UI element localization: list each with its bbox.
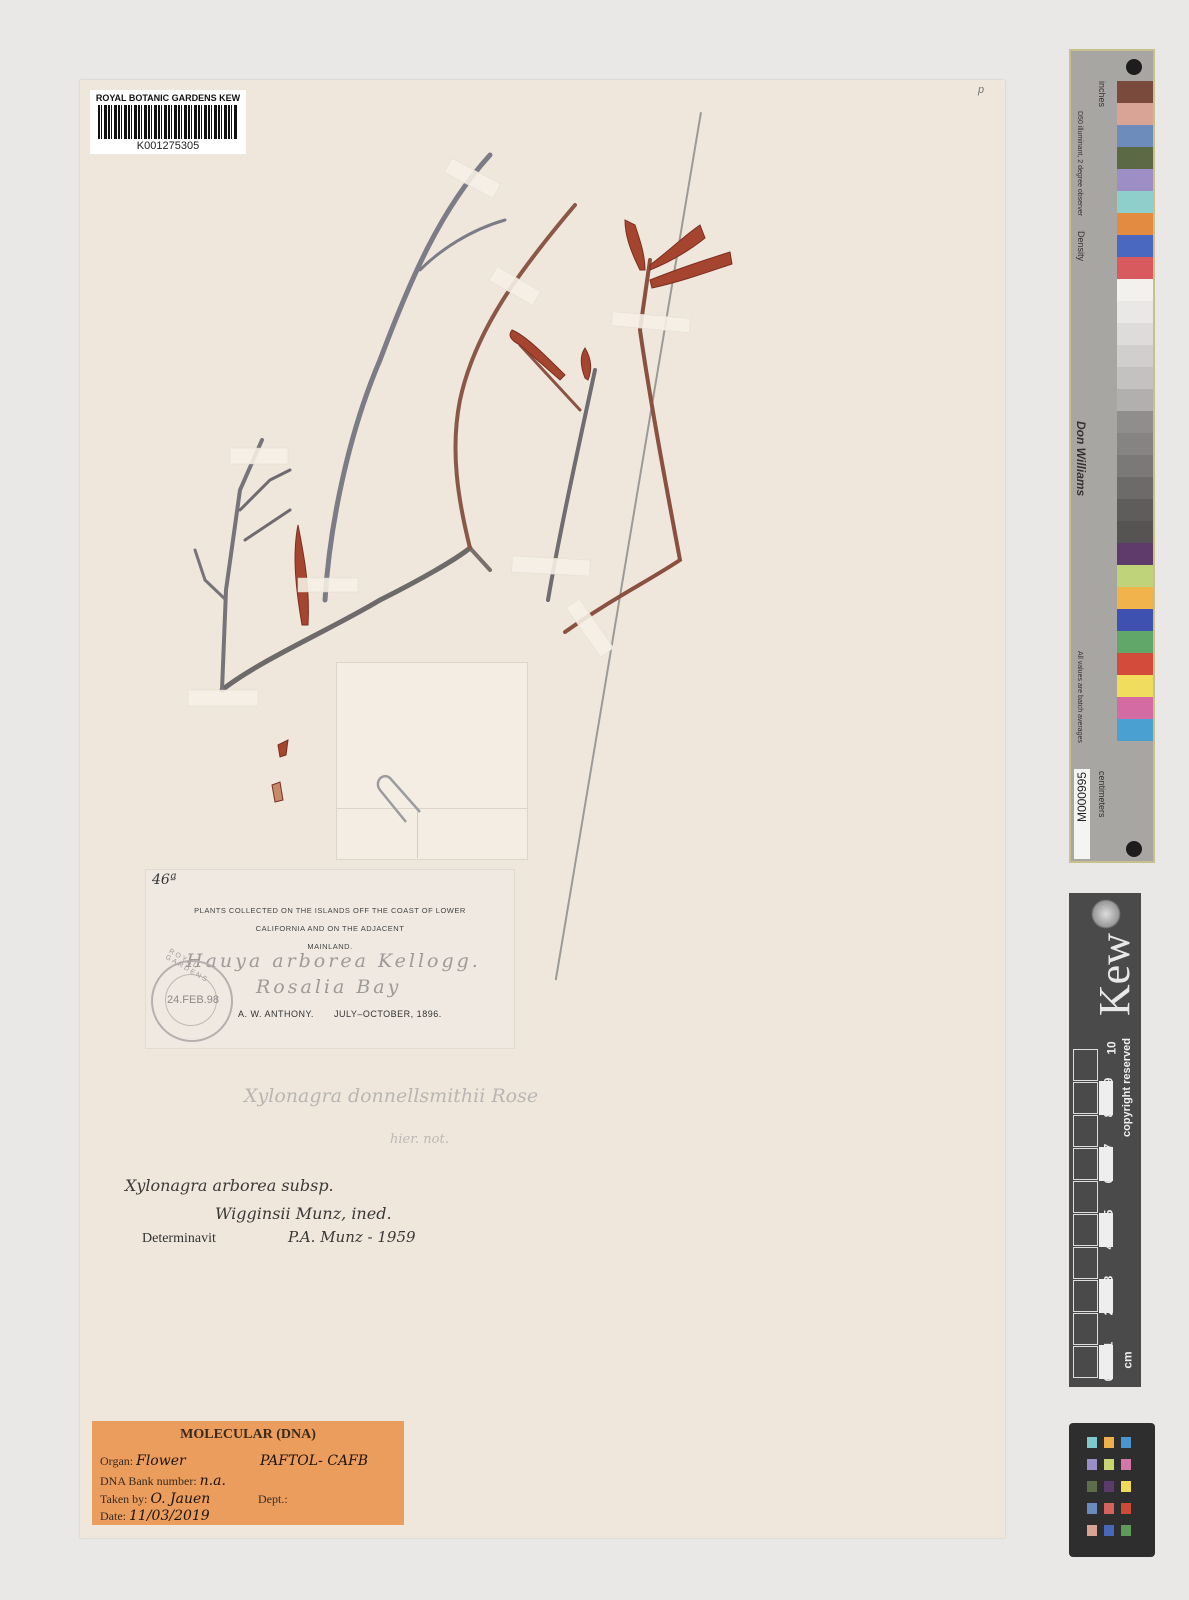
color-swatch [1117,169,1153,191]
hole-icon [1126,841,1142,857]
packet-flap-line [337,808,527,809]
checker-patch [1087,1525,1097,1536]
date-row: Date:11/03/2019 [100,1508,210,1524]
ruler-tick-label: 8 [1101,1111,1115,1118]
ruler-segment [1073,1280,1098,1312]
color-swatch [1117,631,1153,653]
checker-patch [1087,1481,1097,1492]
color-swatch [1117,81,1153,103]
checker-patch [1104,1525,1114,1536]
dna-label-title: MOLECULAR (DNA) [92,1427,404,1443]
color-swatch [1117,433,1153,455]
illuminant-note: D50 illuminant, 2 degree observer [1076,111,1083,216]
footnote: All values are batch averages [1076,651,1083,743]
ruler-tick-label: 6 [1101,1177,1115,1184]
color-swatch [1117,191,1153,213]
royal-crest-icon [1091,899,1121,929]
color-swatch [1117,697,1153,719]
ruler-tick-label: 5 [1101,1210,1115,1217]
ruler-segment [1073,1148,1098,1180]
handwritten-taxon: Hauya arborea Kellogg. [186,950,481,972]
ruler-tick-label: 9 [1101,1078,1115,1085]
checker-patch [1087,1459,1097,1470]
kew-received-stamp: ROYAL GARDENS 24.FEB.98 [151,960,233,1042]
determinavit-label: Determinavit [142,1231,216,1247]
color-swatch [1117,609,1153,631]
color-swatch [1117,345,1153,367]
color-swatch [1117,543,1153,565]
color-swatch [1117,279,1153,301]
checker-patch [1104,1437,1114,1448]
color-swatch [1117,213,1153,235]
ruler-segment [1073,1049,1098,1081]
brand-label: Don Williams [1074,421,1088,496]
label-number: 46ª [152,872,176,888]
color-swatch [1117,565,1153,587]
ruler-segment [1073,1082,1098,1114]
color-swatch [1117,719,1153,741]
ruler-tick-label: 1 [1101,1342,1115,1349]
kew-scale-bar: Kew copyright reserved 012345678910 cm [1069,893,1141,1387]
ruler-tick-label: 3 [1101,1276,1115,1283]
checker-patch [1087,1437,1097,1448]
plant-specimen [0,0,1189,1600]
color-swatch [1117,675,1153,697]
pencil-annotation: Xylonagra donnellsmithii Rose [244,1085,538,1107]
stamp-date: 24.FEB.98 [167,994,219,1006]
color-checker-card [1069,1423,1155,1557]
ruler-segment [1073,1346,1098,1378]
ruler-tick-label: 4 [1101,1243,1115,1250]
dna-sample-label: MOLECULAR (DNA) Organ:Flower PAFTOL- CAF… [92,1421,404,1525]
pencil-annotation-note: hier. not. [390,1132,449,1147]
determination-name-line2: Wigginsii Munz, ined. [215,1204,392,1223]
organ-value: Flower [136,1453,186,1469]
ruler-segment [1073,1313,1098,1345]
handwritten-locality: Rosalia Bay [256,976,401,998]
color-swatch [1117,477,1153,499]
color-swatch [1117,521,1153,543]
color-swatch [1117,323,1153,345]
paftol-code: PAFTOL- CAFB [260,1453,368,1469]
paperclip-icon [372,768,432,828]
color-swatch [1117,499,1153,521]
checker-patch [1104,1503,1114,1514]
color-swatch [1117,653,1153,675]
dept-label: Dept.: [258,1492,288,1507]
ruler-segment [1073,1115,1098,1147]
color-swatch [1117,301,1153,323]
checker-patch [1121,1459,1131,1470]
color-swatch [1117,103,1153,125]
determination-slip: Xylonagra arborea subsp. Wigginsii Munz,… [120,1168,425,1258]
kew-logo: Kew [1089,933,1140,1016]
copyright-text: copyright reserved [1121,1038,1133,1137]
dna-bank-value: n.a. [200,1473,226,1489]
ruler-tick-label: 2 [1101,1309,1115,1316]
ruler-segment [1073,1214,1098,1246]
checker-patch [1121,1525,1131,1536]
ruler-tick-label: 0 [1101,1375,1115,1382]
collector-name: A. W. ANTHONY. [238,1009,314,1019]
checker-patch [1121,1437,1131,1448]
color-swatch [1117,411,1153,433]
checker-patch [1121,1503,1131,1514]
hole-icon [1126,59,1142,75]
taken-by-row: Taken by:O. Jauen [100,1491,210,1507]
color-swatch [1117,235,1153,257]
color-swatches [1117,81,1153,741]
checker-patch [1121,1481,1131,1492]
color-swatch [1117,147,1153,169]
color-calibration-bar: inches D50 illuminant, 2 degree observer… [1069,49,1155,863]
cm-unit-label: cm [1121,1351,1135,1368]
label-header-line1: PLANTS COLLECTED ON THE ISLANDS OFF THE … [146,906,514,915]
dna-bank-row: DNA Bank number:n.a. [100,1473,226,1489]
collection-label: 46ª PLANTS COLLECTED ON THE ISLANDS OFF … [145,869,515,1049]
date-value: 11/03/2019 [129,1508,210,1524]
ruler-tick-label: 10 [1105,1041,1119,1054]
cm-ruler: 012345678910 [1073,1041,1117,1381]
label-header-line2: CALIFORNIA AND ON THE ADJACENT [146,924,514,933]
ruler-tick-label: 7 [1101,1144,1115,1151]
color-swatch [1117,455,1153,477]
ruler-segment [1073,1247,1098,1279]
color-swatch [1117,389,1153,411]
units-inches: inches [1097,81,1107,107]
checker-patch [1087,1503,1097,1514]
collection-dates: JULY–OCTOBER, 1896. [334,1009,442,1019]
color-swatch [1117,367,1153,389]
color-bar-id: M000995 [1074,769,1090,859]
units-centimeters: centimeters [1097,771,1107,818]
checker-patch [1104,1459,1114,1470]
taken-by-value: O. Jauen [150,1491,210,1507]
determination-name-line1: Xylonagra arborea subsp. [125,1176,334,1195]
determiner-signature: P.A. Munz - 1959 [288,1228,416,1246]
color-swatch [1117,125,1153,147]
ruler-segment [1073,1181,1098,1213]
fragment-packet [336,662,528,860]
density-label: Density [1076,231,1086,261]
organ-row: Organ:Flower [100,1453,186,1469]
color-swatch [1117,257,1153,279]
color-swatch [1117,587,1153,609]
checker-patch [1104,1481,1114,1492]
